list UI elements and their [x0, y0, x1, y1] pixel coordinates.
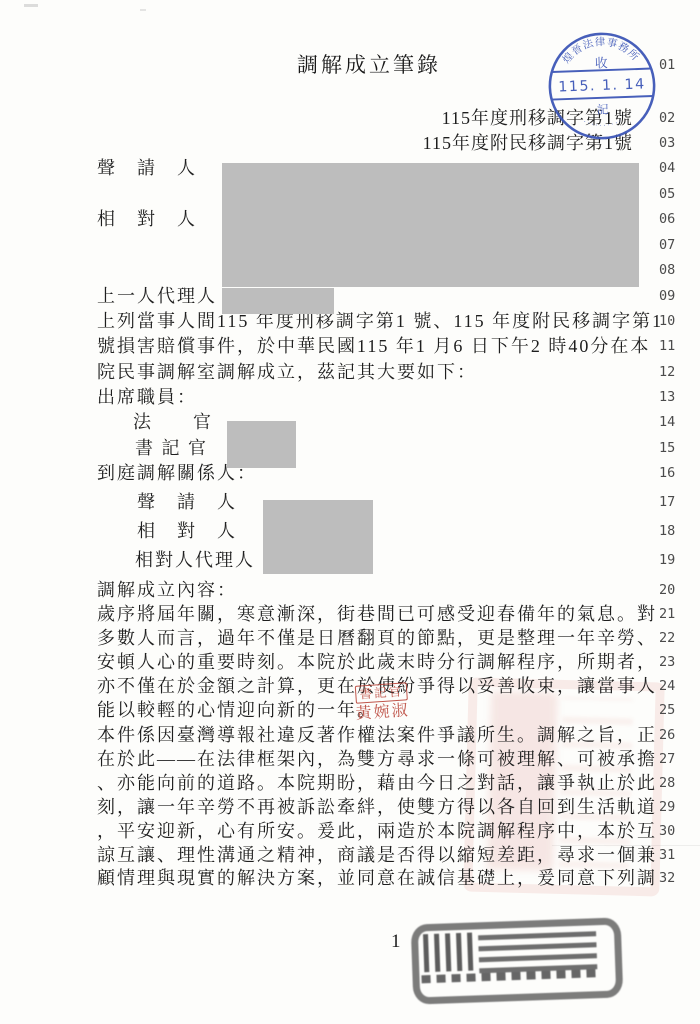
document-text-line: 安頓人心的重要時刻。本院於此歲末時分行調解程序，所期者，	[97, 649, 657, 675]
line-number: 15	[659, 439, 685, 457]
stamp-band-line-bottom	[552, 96, 653, 100]
line-number: 30	[659, 822, 685, 840]
document-text-line: 顧情理與現實的解決方案，並同意在誠信基礎上，爰同意下列調	[97, 865, 657, 891]
line-number: 09	[659, 287, 685, 305]
document-text-line: 歲序將屆年關，寒意漸深，街巷間已可感受迎春備年的氣息。對	[97, 601, 657, 627]
line-number: 29	[659, 798, 685, 816]
line-number: 21	[659, 605, 685, 623]
line-number: 24	[659, 677, 685, 695]
page-number: 1	[391, 929, 403, 955]
document-text-line: ，平安迎新，心有所安。爰此，兩造於本院調解程序中，本於互	[97, 818, 657, 844]
document-text-line: 、亦能向前的道路。本院期盼，藉由今日之對話，讓爭執止於此	[97, 770, 657, 796]
stamp-footer-marks: ··········	[582, 117, 625, 130]
received-stamp-graphic: 煌晉法律事務所 收 115. 1. 14 記 ··········	[541, 25, 663, 147]
line-number: 14	[659, 413, 685, 431]
line-number: 27	[659, 750, 685, 768]
bottom-stamp-marks	[423, 933, 474, 973]
document-text-line: 刻，讓一年辛勞不再被訴訟牽絆，使雙方得以各自回到生活軌道	[97, 794, 657, 820]
applicant-label: 聲 請 人	[97, 155, 197, 181]
line-number: 02	[659, 109, 685, 127]
staff-section-heading: 出席職員：	[97, 384, 197, 410]
line-number: 04	[659, 159, 685, 177]
attendee-applicant-label: 聲 請 人	[137, 489, 237, 515]
document-text-line: 在於此——在法律框架內，為雙方尋求一條可被理解、可被承擔	[97, 746, 657, 772]
document-text-line: 上列當事人間115 年度刑移調字第1 號、115 年度附民移調字第1	[97, 308, 663, 334]
line-number: 05	[659, 185, 685, 203]
content-section-heading: 調解成立內容：	[97, 577, 237, 603]
previous-agent-label: 上一人代理人	[97, 283, 217, 309]
stamp-record-label: 記	[597, 102, 609, 116]
line-number: 10	[659, 312, 685, 330]
line-number: 19	[659, 551, 685, 569]
redaction-box-prev-agent	[222, 288, 334, 314]
respondent-label: 相 對 人	[97, 206, 197, 232]
line-number: 03	[659, 134, 685, 152]
line-number: 08	[659, 261, 685, 279]
document-text-line: 能以較輕的心情迎向新的一年。	[97, 697, 377, 723]
document-text-line: 院民事調解室調解成立，茲記其大要如下：	[97, 359, 477, 385]
redaction-box-staff-names	[227, 421, 296, 468]
line-number: 01	[659, 56, 685, 74]
line-number: 28	[659, 774, 685, 792]
line-number: 13	[659, 388, 685, 406]
line-number: 32	[659, 869, 685, 887]
document-text-line: 號損害賠償事件，於中華民國115 年1 月6 日下午2 時40分在本	[97, 333, 650, 359]
line-number: 12	[659, 363, 685, 381]
line-number: 25	[659, 701, 685, 719]
stamp-received-label: 收	[595, 55, 609, 70]
judge-label: 法 官	[133, 409, 213, 435]
line-number: 17	[659, 493, 685, 511]
clerk-stamp-title: 書記官	[355, 682, 408, 704]
scan-speck	[140, 9, 146, 11]
line-number: 06	[659, 210, 685, 228]
line-number: 23	[659, 653, 685, 671]
document-text-line: 多數人而言，過年不僅是日曆翻頁的節點，更是整理一年辛勞、	[97, 625, 657, 651]
attendee-agent-label: 相對人代理人	[135, 547, 255, 573]
line-number: 20	[659, 581, 685, 599]
scan-speck	[24, 4, 38, 7]
redaction-box-parties	[222, 163, 639, 287]
attendee-respondent-label: 相 對 人	[137, 518, 237, 544]
line-number: 07	[659, 236, 685, 254]
bottom-illegible-stamp	[411, 917, 624, 1004]
clerk-name-stamp: 書記官 黃婉淑	[346, 682, 418, 725]
clerk-label: 書 記 官	[135, 435, 208, 461]
law-firm-received-stamp: 煌晉法律事務所 收 115. 1. 14 記 ··········	[541, 25, 663, 147]
line-number: 22	[659, 629, 685, 647]
document-text-line: 本件係因臺灣導報社違反著作權法案件爭議所生。調解之旨，正	[97, 722, 657, 748]
line-number: 31	[659, 846, 685, 864]
document-title: 調解成立筆錄	[297, 52, 441, 78]
line-number: 18	[659, 522, 685, 540]
line-number: 16	[659, 464, 685, 482]
bottom-stamp-marks	[478, 927, 597, 973]
stamp-date: 115. 1. 14	[558, 76, 646, 95]
line-number: 26	[659, 726, 685, 744]
line-number: 11	[659, 337, 685, 355]
scanned-document-page: 調解成立筆錄 115年度刑移調字第1號 115年度附民移調字第1號 聲 請 人 …	[0, 0, 700, 1024]
svg-text:··········: ··········	[582, 117, 625, 130]
clerk-stamp-name: 黃婉淑	[347, 702, 418, 725]
redaction-box-attendee-names	[263, 500, 373, 574]
